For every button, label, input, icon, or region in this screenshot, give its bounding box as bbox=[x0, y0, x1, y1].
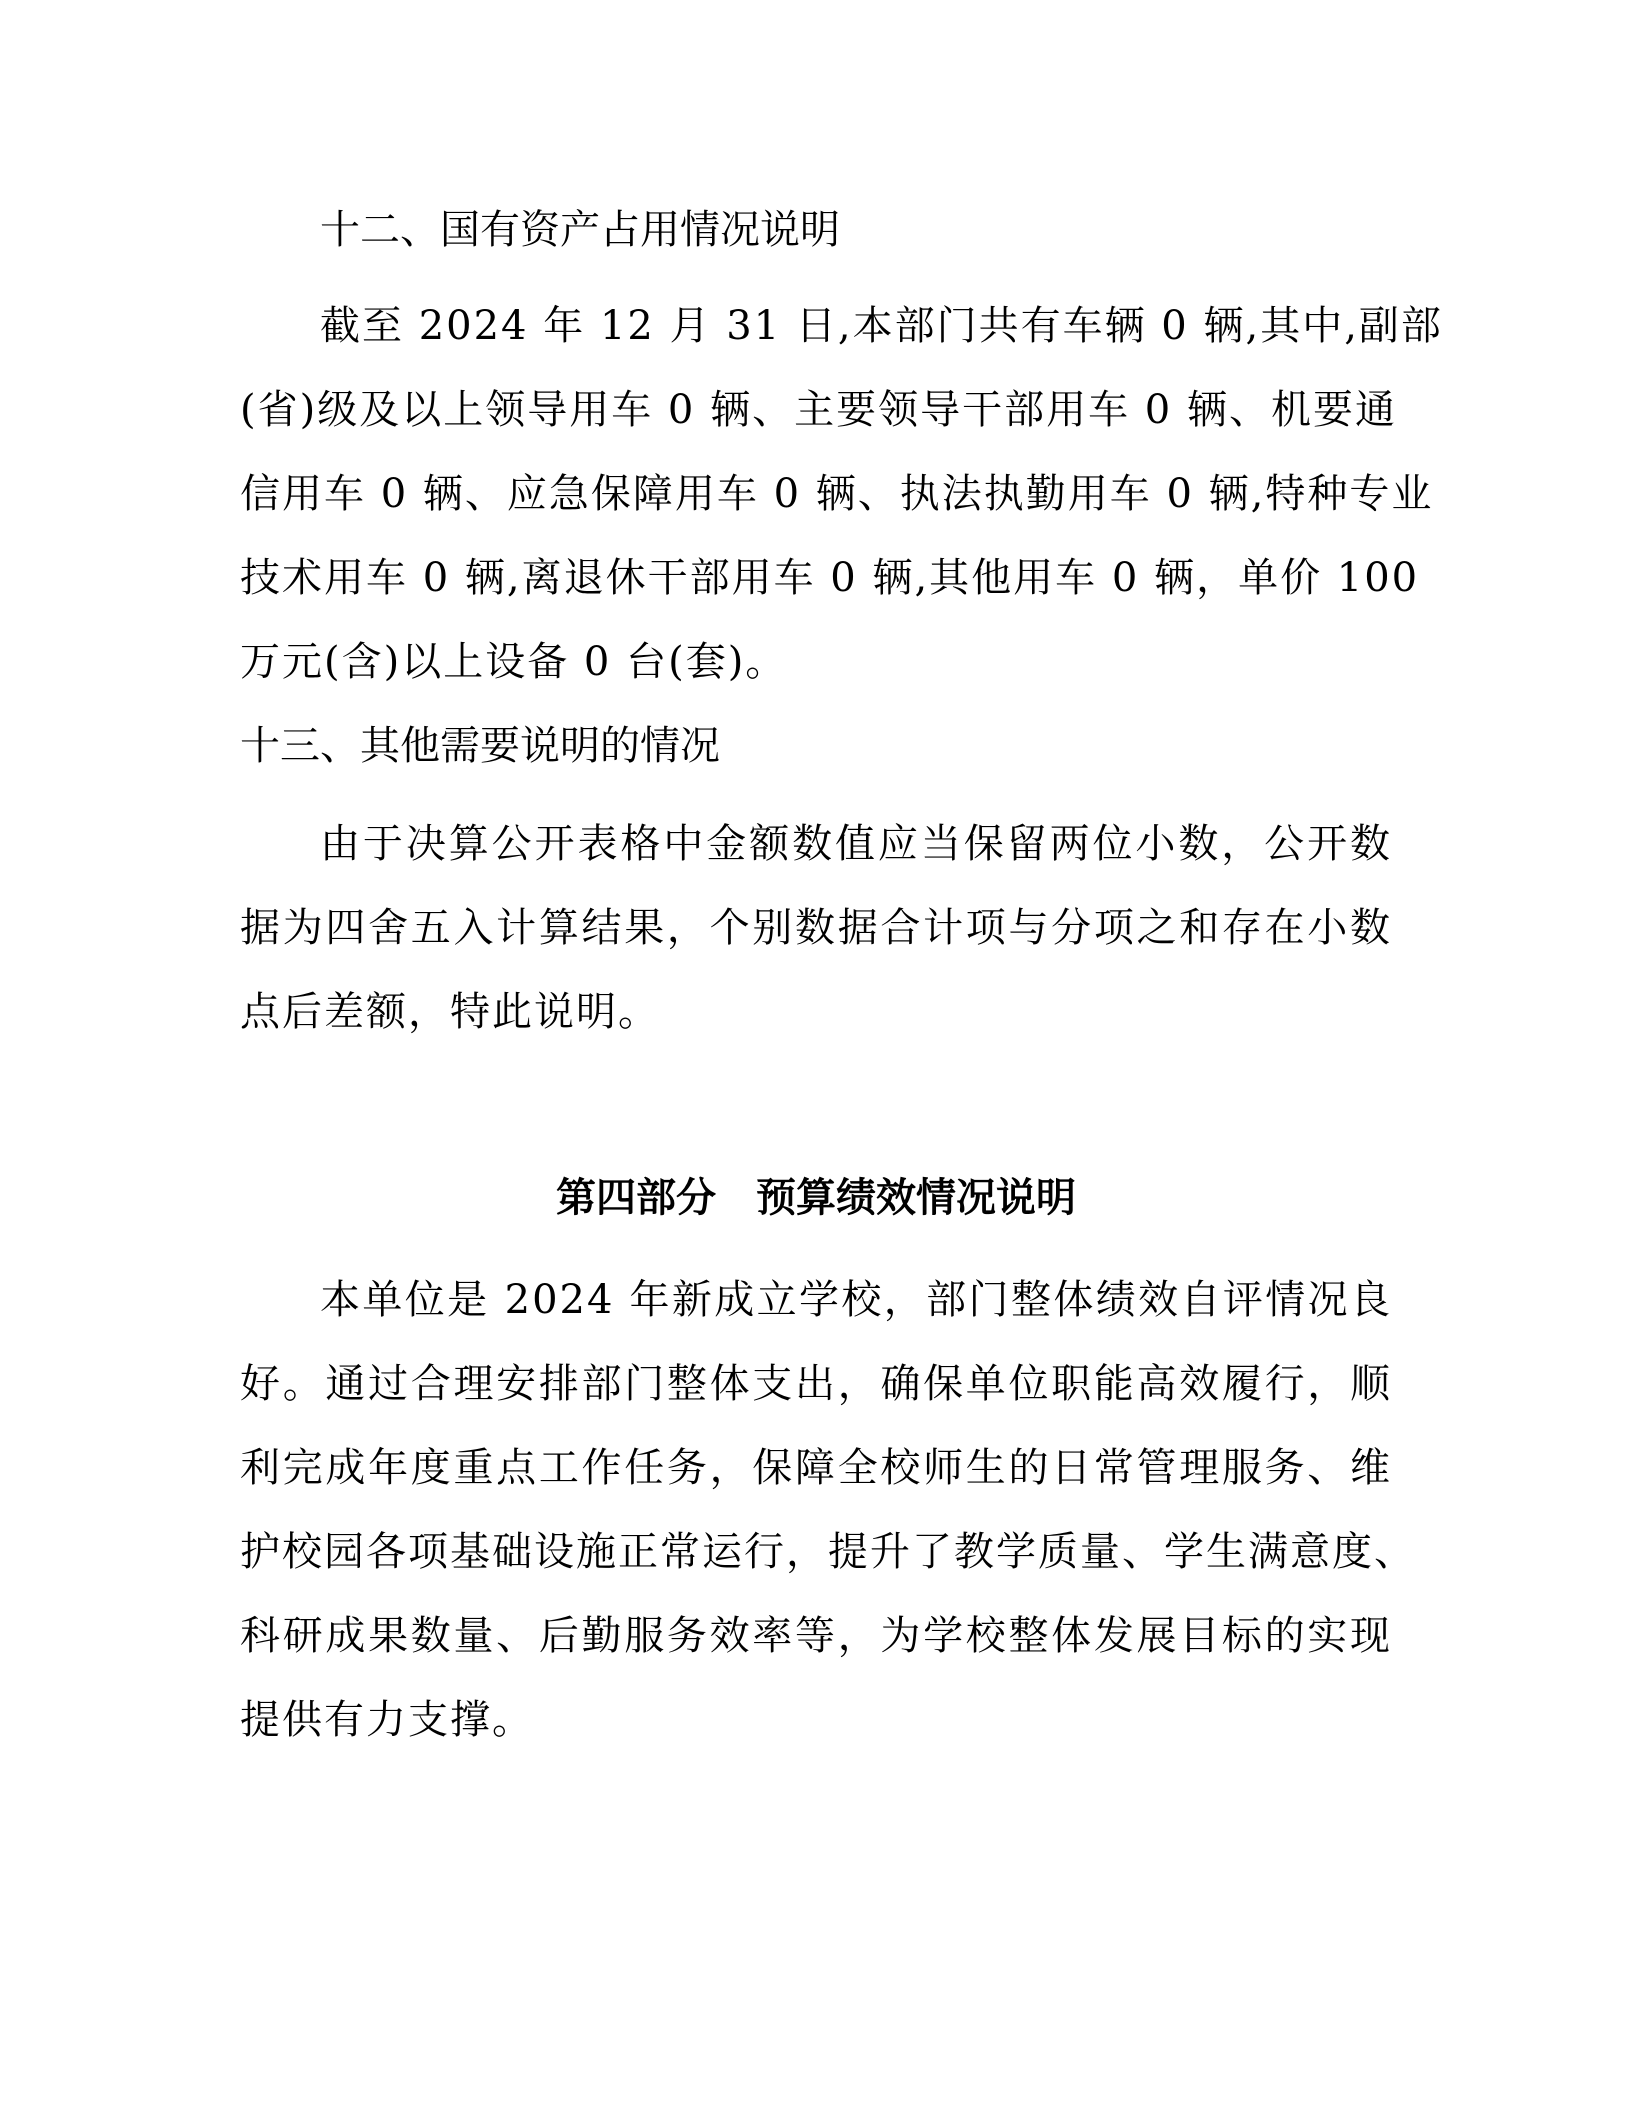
part-4-paragraph-line: 本单位是 2024 年新成立学校，部门整体绩效自评情况良 bbox=[320, 1276, 1392, 1324]
part-4-paragraph-line: 提供有力支撑。 bbox=[240, 1696, 1392, 1744]
section-12-paragraph-line: 技术用车 0 辆,离退休干部用车 0 辆,其他用车 0 辆，单价 100 bbox=[240, 554, 1392, 602]
section-12-heading: 十二、国有资产占用情况说明 bbox=[320, 206, 840, 254]
document-page: 十二、国有资产占用情况说明 截至 2024 年 12 月 31 日,本部门共有车… bbox=[0, 0, 1632, 2112]
part-4-paragraph-line: 科研成果数量、后勤服务效率等，为学校整体发展目标的实现 bbox=[240, 1612, 1392, 1660]
section-12-paragraph-line: 信用车 0 辆、应急保障用车 0 辆、执法执勤用车 0 辆,特种专业 bbox=[240, 470, 1392, 518]
section-12-paragraph-line: 截至 2024 年 12 月 31 日,本部门共有车辆 0 辆,其中,副部 bbox=[320, 302, 1392, 350]
section-12-paragraph-line: (省)级及以上领导用车 0 辆、主要领导干部用车 0 辆、机要通 bbox=[240, 386, 1392, 434]
section-13-paragraph-line: 点后差额，特此说明。 bbox=[240, 988, 1392, 1036]
section-13-paragraph-line: 据为四舍五入计算结果，个别数据合计项与分项之和存在小数 bbox=[240, 904, 1392, 952]
part-4-title: 第四部分 预算绩效情况说明 bbox=[0, 1174, 1632, 1222]
section-13-paragraph-line: 由于决算公开表格中金额数值应当保留两位小数，公开数 bbox=[320, 820, 1392, 868]
part-4-paragraph-line: 护校园各项基础设施正常运行，提升了教学质量、学生满意度、 bbox=[240, 1528, 1392, 1576]
part-4-paragraph-line: 好。通过合理安排部门整体支出，确保单位职能高效履行，顺 bbox=[240, 1360, 1392, 1408]
part-4-paragraph-line: 利完成年度重点工作任务，保障全校师生的日常管理服务、维 bbox=[240, 1444, 1392, 1492]
section-13-heading: 十三、其他需要说明的情况 bbox=[240, 722, 720, 770]
section-12-paragraph-line: 万元(含)以上设备 0 台(套)。 bbox=[240, 638, 1392, 686]
